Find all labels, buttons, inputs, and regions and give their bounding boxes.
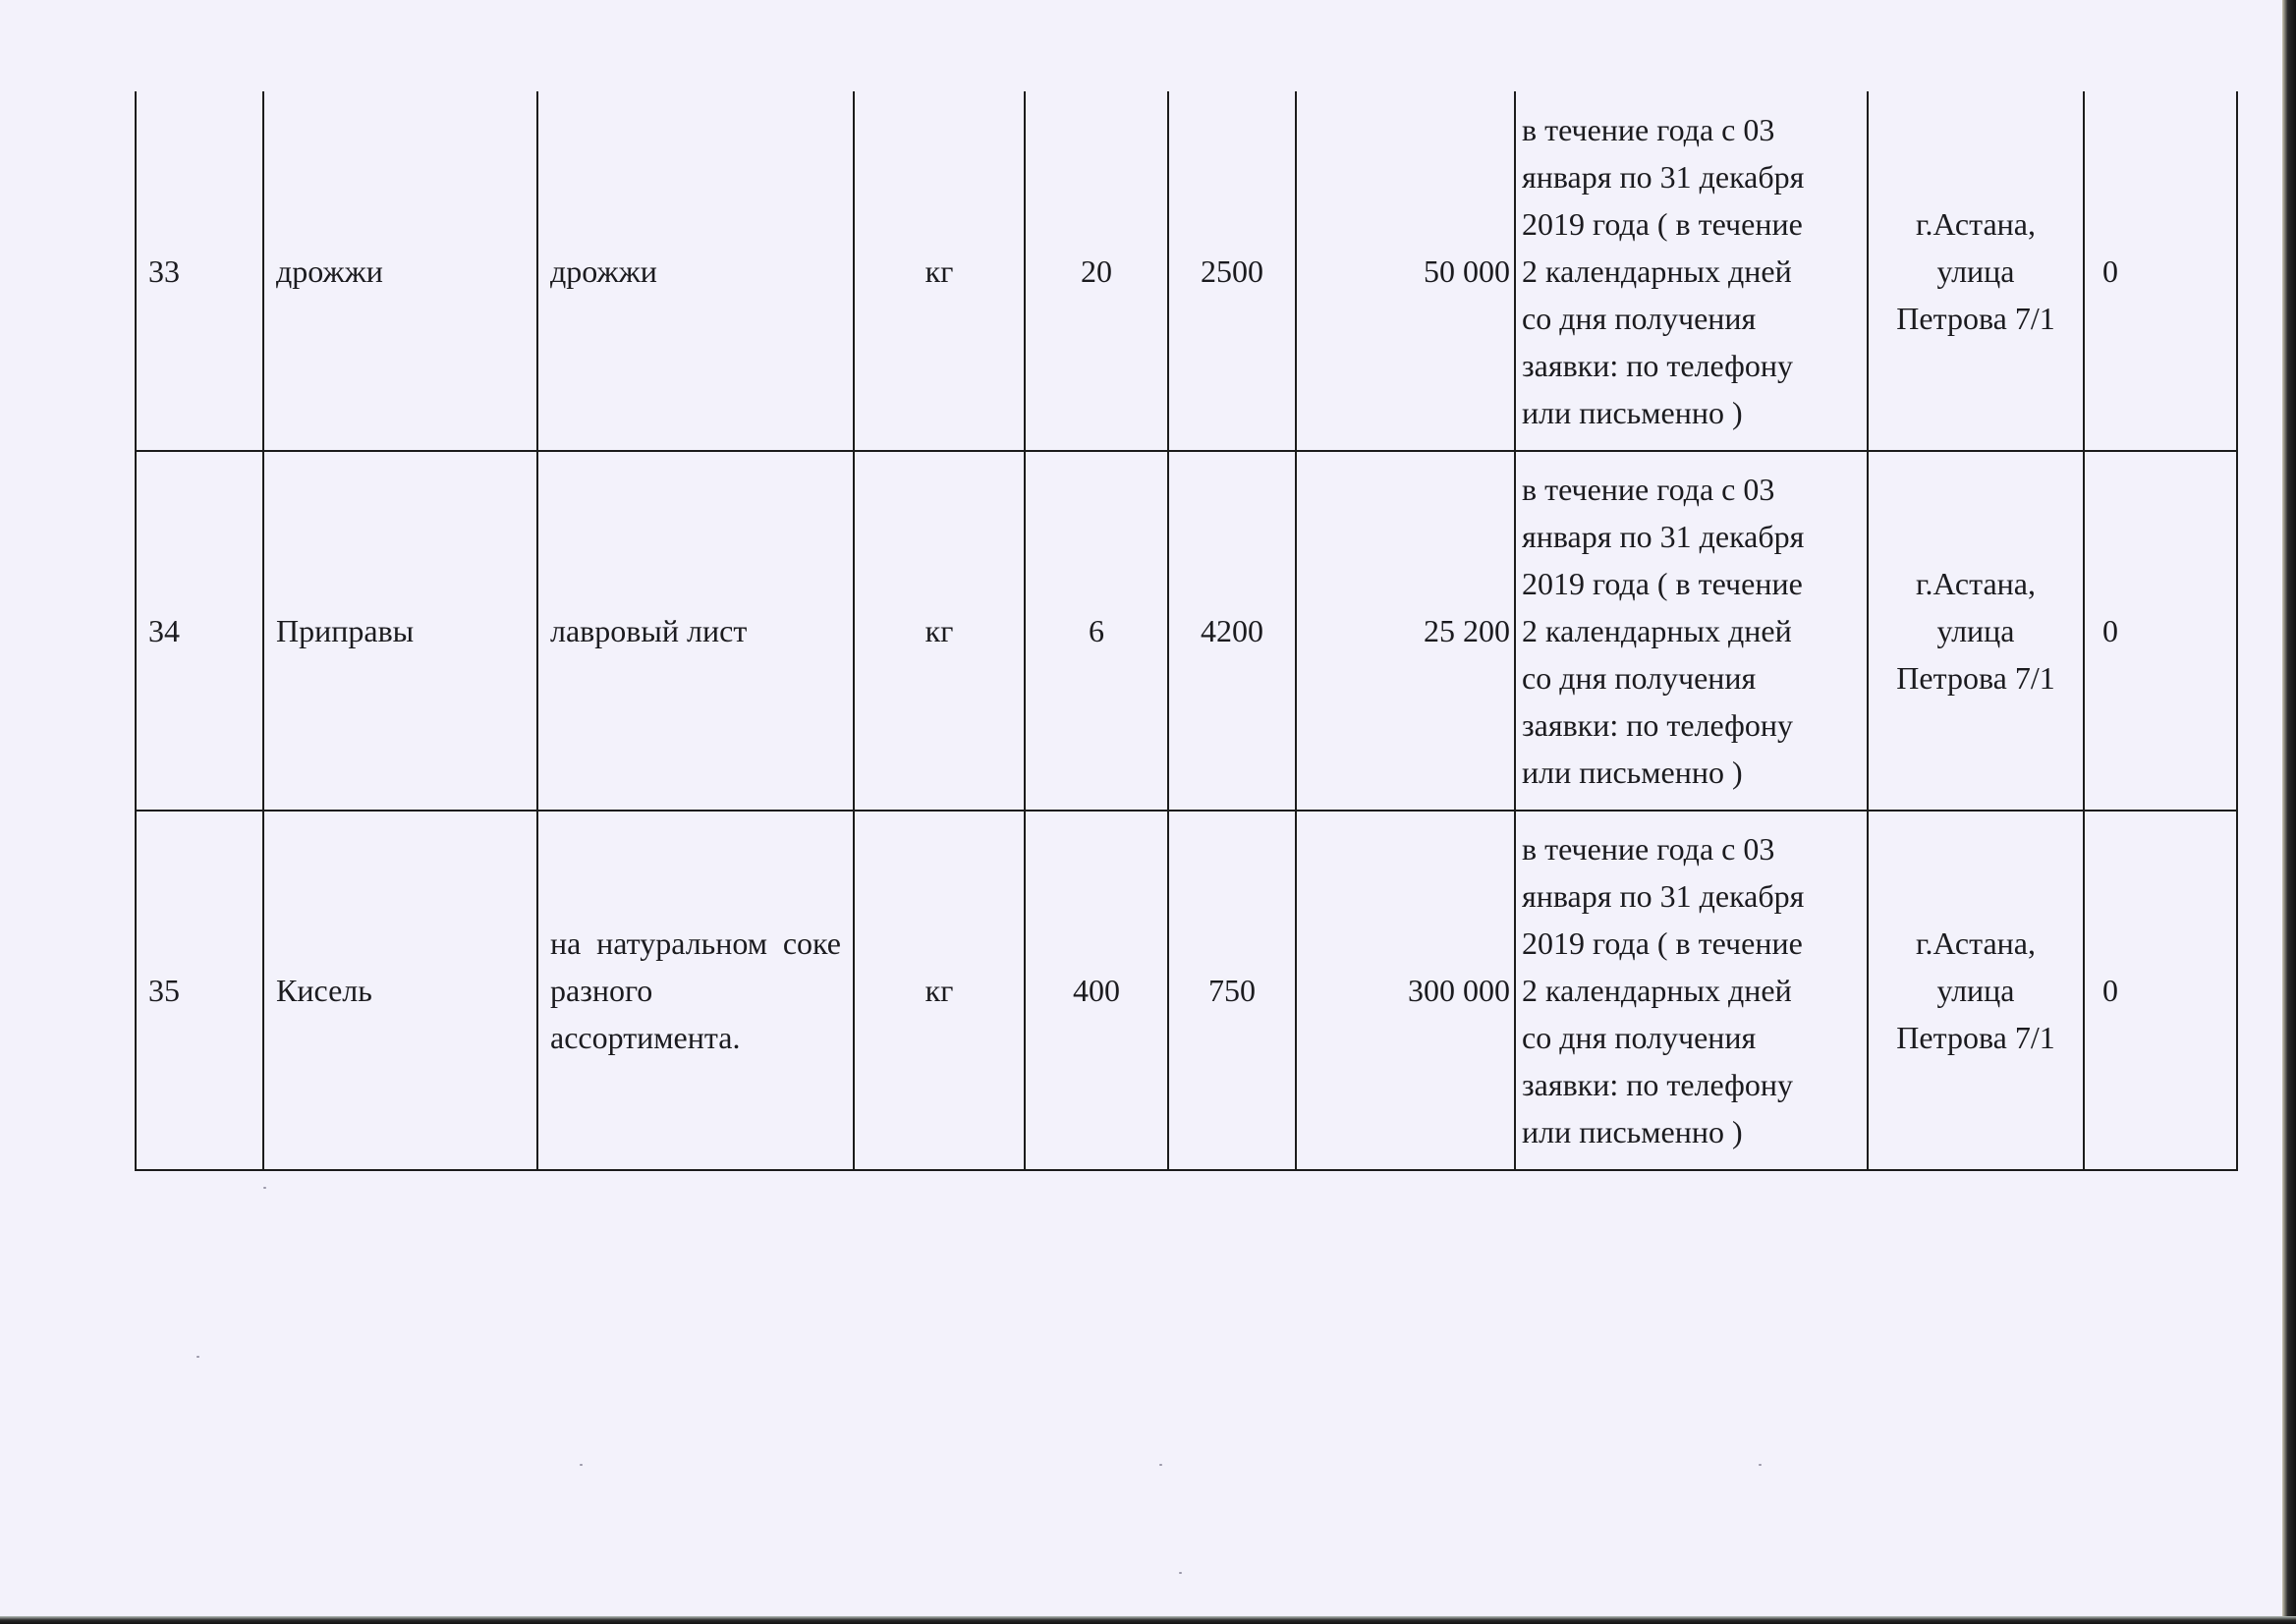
delivery-term-line: января по 31 декабря (1522, 513, 1861, 560)
cell-quantity: 400 (1025, 811, 1168, 1170)
cell-unit: кг (854, 91, 1025, 451)
cell-item-name: Кисель (263, 811, 537, 1170)
cell-item-description: на натуральном соке разного ассортимента… (537, 811, 854, 1170)
scan-page-edge-right (2282, 0, 2296, 1624)
scan-speck (263, 1187, 266, 1189)
cell-delivery-term: в течение года с 03 января по 31 декабря… (1515, 811, 1868, 1170)
delivery-term-line: со дня получения (1522, 654, 1861, 701)
delivery-term-line: заявки: по телефону (1522, 342, 1861, 389)
delivery-term-line: января по 31 декабря (1522, 872, 1861, 920)
cell-total-sum: 25 200 (1296, 451, 1515, 811)
cell-item-description: дрожжи (537, 91, 854, 451)
table-row: 33 дрожжи дрожжи кг 20 2500 50 000 в теч… (136, 91, 2237, 451)
delivery-term-line: заявки: по телефону (1522, 701, 1861, 749)
address-line: улица (1880, 967, 2071, 1014)
address-line: г.Астана, (1880, 560, 2071, 607)
cell-delivery-address: г.Астана, улица Петрова 7/1 (1868, 811, 2084, 1170)
delivery-term-line: со дня получения (1522, 295, 1861, 342)
delivery-term-line: со дня получения (1522, 1014, 1861, 1061)
scan-speck (1159, 1464, 1162, 1466)
cell-advance-payment: 0 (2084, 451, 2237, 811)
scan-speck (580, 1464, 583, 1466)
delivery-term-line: 2 календарных дней (1522, 607, 1861, 654)
delivery-term-line: 2 календарных дней (1522, 967, 1861, 1014)
address-line: улица (1880, 248, 2071, 295)
address-line: Петрова 7/1 (1880, 654, 2071, 701)
cell-row-number: 35 (136, 811, 263, 1170)
delivery-term-line: или письменно ) (1522, 389, 1861, 436)
scan-speck (196, 1356, 199, 1358)
delivery-term-line: января по 31 декабря (1522, 153, 1861, 200)
delivery-term-line: 2019 года ( в течение (1522, 920, 1861, 967)
cell-total-sum: 300 000 (1296, 811, 1515, 1170)
cell-unit-price: 2500 (1168, 91, 1296, 451)
address-line: г.Астана, (1880, 200, 2071, 248)
cell-advance-payment: 0 (2084, 811, 2237, 1170)
scan-speck (1759, 1464, 1762, 1466)
delivery-term-line: 2019 года ( в течение (1522, 200, 1861, 248)
table-row: 34 Приправы лавровый лист кг 6 4200 25 2… (136, 451, 2237, 811)
delivery-term-line: заявки: по телефону (1522, 1061, 1861, 1108)
address-line: Петрова 7/1 (1880, 1014, 2071, 1061)
address-line: улица (1880, 607, 2071, 654)
cell-unit-price: 4200 (1168, 451, 1296, 811)
cell-unit-price: 750 (1168, 811, 1296, 1170)
cell-delivery-term: в течение года с 03 января по 31 декабря… (1515, 451, 1868, 811)
cell-item-name: Приправы (263, 451, 537, 811)
delivery-term-line: или письменно ) (1522, 749, 1861, 796)
cell-item-description: лавровый лист (537, 451, 854, 811)
procurement-table: 33 дрожжи дрожжи кг 20 2500 50 000 в теч… (135, 91, 2238, 1171)
delivery-term-line: в течение года с 03 (1522, 825, 1861, 872)
cell-quantity: 20 (1025, 91, 1168, 451)
scan-speck (1179, 1572, 1182, 1574)
delivery-term-line: 2019 года ( в течение (1522, 560, 1861, 607)
scan-page-edge-bottom (0, 1616, 2296, 1624)
cell-quantity: 6 (1025, 451, 1168, 811)
cell-unit: кг (854, 811, 1025, 1170)
cell-row-number: 34 (136, 451, 263, 811)
address-line: Петрова 7/1 (1880, 295, 2071, 342)
table-row: 35 Кисель на натуральном соке разного ас… (136, 811, 2237, 1170)
cell-total-sum: 50 000 (1296, 91, 1515, 451)
cell-delivery-address: г.Астана, улица Петрова 7/1 (1868, 91, 2084, 451)
delivery-term-line: или письменно ) (1522, 1108, 1861, 1155)
cell-advance-payment: 0 (2084, 91, 2237, 451)
address-line: г.Астана, (1880, 920, 2071, 967)
delivery-term-line: в течение года с 03 (1522, 106, 1861, 153)
cell-row-number: 33 (136, 91, 263, 451)
cell-delivery-address: г.Астана, улица Петрова 7/1 (1868, 451, 2084, 811)
cell-item-name: дрожжи (263, 91, 537, 451)
delivery-term-line: 2 календарных дней (1522, 248, 1861, 295)
cell-delivery-term: в течение года с 03 января по 31 декабря… (1515, 91, 1868, 451)
cell-unit: кг (854, 451, 1025, 811)
delivery-term-line: в течение года с 03 (1522, 466, 1861, 513)
